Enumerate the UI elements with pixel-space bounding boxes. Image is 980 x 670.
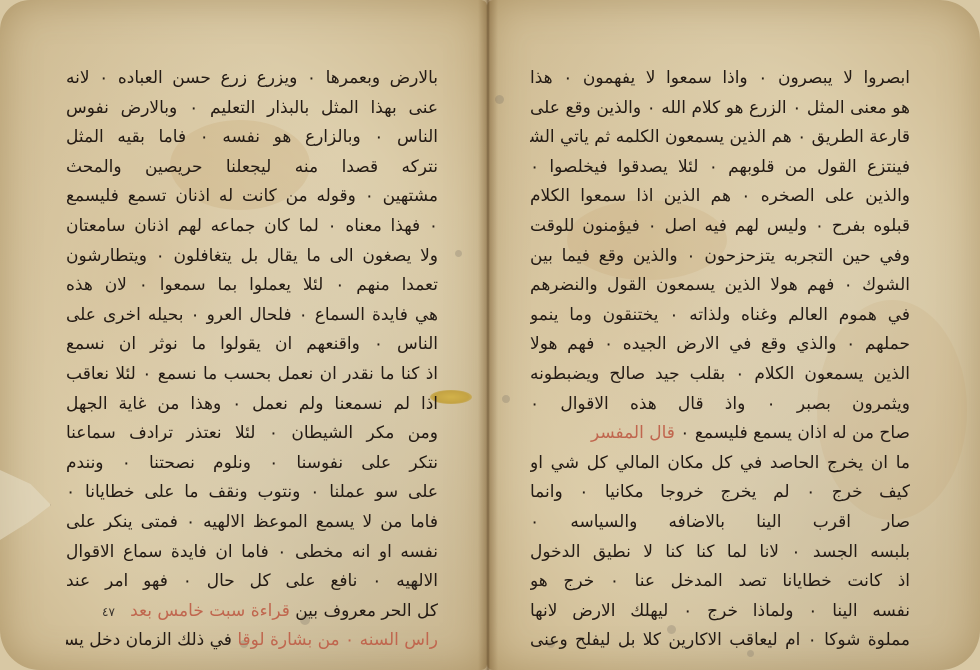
text-line: الناس ۰ واقنعهم ان يقولوا ما نوثر ان نسم… [66, 330, 438, 360]
text-line: حملهم ۰ والذي وقع في الارض الجيده ۰ فهم … [530, 330, 910, 360]
text-fragment: كل الحر معروف بين [295, 601, 438, 621]
text-line: تعمدا منهم ۰ لئلا يعملوا بما سمعوا ۰ لان… [66, 271, 438, 301]
right-page-text: ابصروا لا يبصرون ۰ واذا سمعوا لا يفهمون … [530, 64, 910, 656]
text-line: ومن مكر الشيطان ۰ لئلا نعتذر ترادف سماعن… [66, 419, 438, 449]
right-page: ابصروا لا يبصرون ۰ واذا سمعوا لا يفهمون … [487, 0, 980, 670]
text-line: اذ كانت خطايانا تصد المدخل عنا ۰ خرج هو [530, 567, 910, 597]
text-line: الالهيه ۰ نافع على كل حال ۰ فهو امر عند [66, 567, 438, 597]
left-page: بالارض وبعمرها ۰ ويزرع زرع حسن العباده ۰… [0, 0, 487, 670]
text-line: صار اقرب الينا بالاضافه والسياسه ۰ [530, 508, 910, 538]
manuscript-spread: بالارض وبعمرها ۰ ويزرع زرع حسن العباده ۰… [0, 0, 980, 670]
text-line: فاما من لا يسمع الموعظ الالهيه ۰ فمتى ين… [66, 508, 438, 538]
rubric-heading: قراءة سبت خامس بعد [130, 601, 290, 621]
text-line-with-rubric: راس السنه ۰ من بشارة لوقا في ذلك الزمان … [66, 626, 438, 656]
text-line-with-rubric: صاح من له اذان يسمع فليسمع ۰ قال المفسر [530, 419, 910, 449]
foxing-spot [502, 395, 510, 403]
torn-paper-edge [0, 470, 51, 540]
text-line: الناس ۰ وبالزارع هو نفسه ۰ فاما بقيه الم… [66, 123, 438, 153]
text-line: والذين على الصخره ۰ هم الذين اذا سمعوا ا… [530, 182, 910, 212]
text-line: ولا يصغون الى ما يقال بل يتغافلون ۰ ويتط… [66, 242, 438, 272]
rubric-heading: قال المفسر [591, 423, 675, 443]
text-line: ما ان يخرج الحاصد في كل مكان المالي كل ش… [530, 449, 910, 479]
text-line: بالارض وبعمرها ۰ ويزرع زرع حسن العباده ۰… [66, 64, 438, 94]
foxing-spot [455, 250, 462, 257]
text-line: نتكر على نفوسنا ۰ ونلوم نصحتنا ۰ ونندم [66, 449, 438, 479]
text-line: بلبسه الجسد ۰ لانا لما كنا كنا لا نطيق ا… [530, 538, 910, 568]
text-line: وفي حين التجربه يتزحزحون ۰ والذين وقع في… [530, 242, 910, 272]
text-line: هو معنى المثل ۰ الزرع هو كلام الله ۰ وال… [530, 94, 910, 124]
text-line: ۰ فهذا معناه ۰ لما كان جماعه لهم اذنان س… [66, 212, 438, 242]
text-line: الذين يسمعون الكلام ۰ بقلب جيد صالح ويضب… [530, 360, 910, 390]
text-line-with-rubric: كل الحر معروف بين قراءة سبت خامس بعد [66, 597, 438, 627]
text-line: على سو عملنا ۰ ونتوب ونقف ما على خطايانا… [66, 478, 438, 508]
text-line: قبلوه بفرح ۰ وليس لهم فيه اصل ۰ فيؤمنون … [530, 212, 910, 242]
text-line: في هموم العالم وغناه ولذاته ۰ يختنقون وم… [530, 301, 910, 331]
text-line: اذا لم نسمعنا ولم نعمل ۰ وهذا من غاية ال… [66, 390, 438, 420]
left-page-text: بالارض وبعمرها ۰ ويزرع زرع حسن العباده ۰… [66, 64, 438, 656]
text-line: ابصروا لا يبصرون ۰ واذا سمعوا لا يفهمون … [530, 64, 910, 94]
folio-number: ٤٧ [102, 605, 115, 619]
text-line: نفسه او انه مخطى ۰ فاما ان فايدة سماع ال… [66, 538, 438, 568]
text-line: عنى بهذا المثل بالبذار التعليم ۰ وبالارض… [66, 94, 438, 124]
rubric-heading: راس السنه ۰ من بشارة لوقا [237, 630, 438, 650]
text-line: قارعة الطريق ۰ هم الذين يسمعون الكلمه ثم… [530, 123, 910, 153]
text-fragment: صاح من له اذان يسمع فليسمع ۰ [680, 423, 910, 443]
text-line: مملوة شوكا ۰ ام ليعاقب الاكارين كلا بل ل… [530, 626, 910, 656]
text-line: الشوك ۰ فهم هولا الذين يسمعون القول والن… [530, 271, 910, 301]
text-line: ويثمرون بصبر ۰ واذ قال هذه الاقوال ۰ [530, 390, 910, 420]
text-line: فينتزع القول من قلوبهم ۰ لئلا يصدقوا فيخ… [530, 153, 910, 183]
text-line: كيف خرج ۰ لم يخرج خروجا مكانيا ۰ وانما [530, 478, 910, 508]
text-fragment: في ذلك الزمان دخل يسوع [66, 630, 232, 650]
text-line: مشتهين ۰ وقوله من كانت له اذنان تسمع فلي… [66, 182, 438, 212]
text-line: اذ كنا ما نقدر ان نعمل بحسب ما نسمع ۰ لئ… [66, 360, 438, 390]
text-line: هي فايدة السماع ۰ فلحال العرو ۰ بحيله اخ… [66, 301, 438, 331]
text-line: نفسه الينا ۰ ولماذا خرج ۰ ليهلك الارض لا… [530, 597, 910, 627]
book-gutter-fold [478, 0, 498, 670]
text-line: نتركه قصدا منه ليجعلنا حريصين والمحث [66, 153, 438, 183]
